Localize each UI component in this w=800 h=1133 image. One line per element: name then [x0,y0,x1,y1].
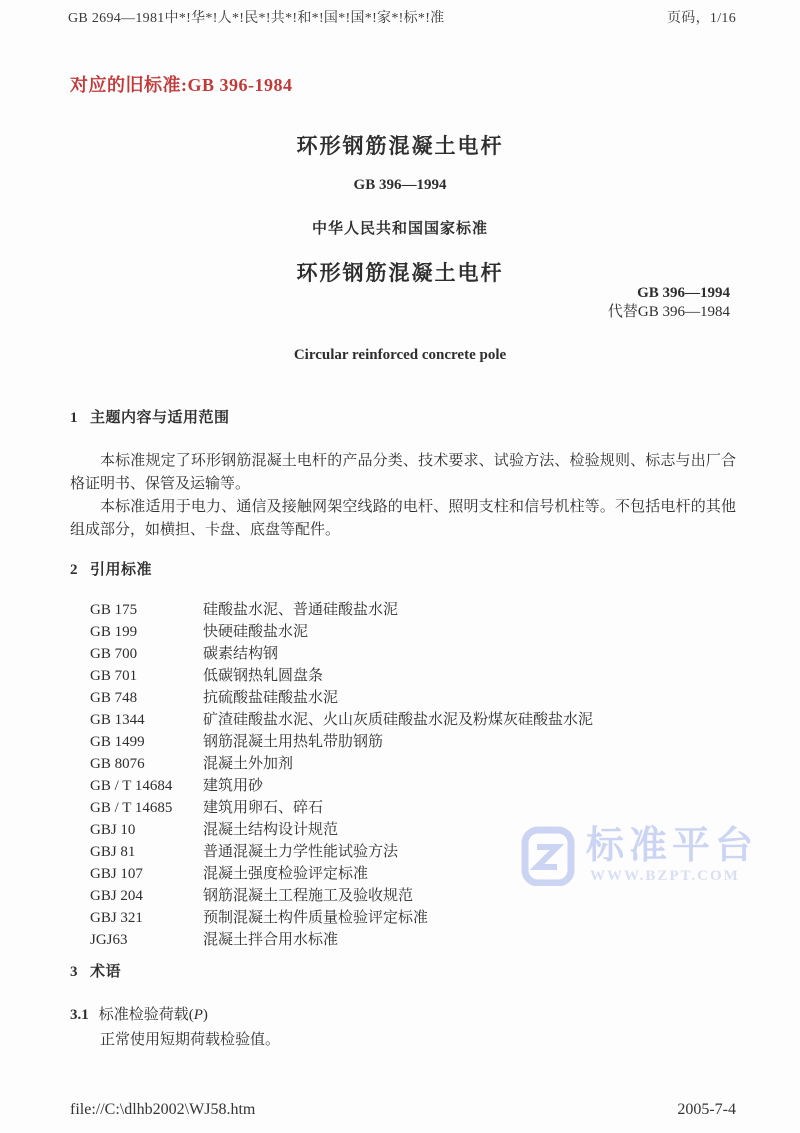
reference-title: 矿渣硅酸盐水泥、火山灰质硅酸盐水泥及粉煤灰硅酸盐水泥 [203,712,593,728]
reference-row: GBJ 107混凝土强度检验评定标准 [90,863,740,885]
reference-row: GB 1499钢筋混凝土用热轧带肋钢筋 [90,731,740,753]
reference-code: GB / T 14685 [90,797,203,819]
reference-title: 低碳钢热轧圆盘条 [203,668,323,684]
header-page-number: 页码，1/16 [667,7,736,27]
reference-title: 建筑用砂 [203,778,263,794]
reference-code: GB 175 [90,599,203,621]
main-title: 环形钢筋混凝土电杆 [0,130,800,160]
section2-number: 2 [70,562,78,578]
reference-title: 混凝土强度检验评定标准 [203,866,368,882]
reference-code: GB 701 [90,665,203,687]
reference-code: GB 1344 [90,709,203,731]
standard-number-right: GB 396—1994 [608,284,730,303]
replaces-note: 代替GB 396—1984 [608,303,730,322]
reference-row: GB 175硅酸盐水泥、普通硅酸盐水泥 [90,599,740,621]
section2-heading: 2引用标准 [70,558,152,579]
reference-title: 混凝土拌合用水标准 [203,932,338,948]
section3-title: 术语 [90,964,121,980]
national-standard-label: 中华人民共和国国家标准 [0,217,800,238]
reference-title: 抗硫酸盐硅酸盐水泥 [203,690,338,706]
section3-heading: 3术语 [70,960,121,981]
reference-code: GB / T 14684 [90,775,203,797]
reference-code: GB 1499 [90,731,203,753]
term-definition: 正常使用短期荷载检验值。 [100,1028,280,1049]
reference-title: 碳素结构钢 [203,646,278,662]
reference-code: GB 700 [90,643,203,665]
reference-title: 钢筋混凝土用热轧带肋钢筋 [203,734,383,750]
reference-code: GBJ 321 [90,907,203,929]
second-title: 环形钢筋混凝土电杆 [0,257,800,287]
reference-code: GB 199 [90,621,203,643]
reference-row: GBJ 81普通混凝土力学性能试验方法 [90,841,740,863]
term-number: 3.1 [70,1007,89,1023]
reference-title: 快硬硅酸盐水泥 [203,624,308,640]
header-standard-string: GB 2694—1981中*!华*!人*!民*!共*!和*!国*!国*!家*!标… [68,7,444,27]
reference-title: 预制混凝土构件质量检验评定标准 [203,910,428,926]
reference-code: GBJ 107 [90,863,203,885]
reference-title: 建筑用卵石、碎石 [203,800,323,816]
section1-number: 1 [70,410,78,426]
page-header: GB 2694—1981中*!华*!人*!民*!共*!和*!国*!国*!家*!标… [68,7,736,27]
reference-row: GBJ 204钢筋混凝土工程施工及验收规范 [90,885,740,907]
reference-row: GB 748抗硫酸盐硅酸盐水泥 [90,687,740,709]
section1-title: 主题内容与适用范围 [90,410,230,426]
reference-code: JGJ63 [90,929,203,951]
reference-code: GBJ 81 [90,841,203,863]
reference-row: GB / T 14685建筑用卵石、碎石 [90,797,740,819]
old-standard-note: 对应的旧标准:GB 396-1984 [70,71,293,97]
reference-code: GBJ 10 [90,819,203,841]
reference-row: GB 700碳素结构钢 [90,643,740,665]
reference-row: GB 1344矿渣硅酸盐水泥、火山灰质硅酸盐水泥及粉煤灰硅酸盐水泥 [90,709,740,731]
reference-title: 混凝土外加剂 [203,756,293,772]
reference-title: 混凝土结构设计规范 [203,822,338,838]
reference-row: JGJ63混凝土拌合用水标准 [90,929,740,951]
section1-paragraph-2: 本标准适用于电力、通信及接触网架空线路的电杆、照明支柱和信号机柱等。不包括电杆的… [70,496,736,542]
reference-title: 硅酸盐水泥、普通硅酸盐水泥 [203,602,398,618]
term-name-prefix: 标准检验荷载( [99,1007,194,1023]
footer-date: 2005-7-4 [677,1101,736,1119]
references-list: GB 175硅酸盐水泥、普通硅酸盐水泥GB 199快硬硅酸盐水泥GB 700碳素… [90,599,740,951]
section1-heading: 1主题内容与适用范围 [70,406,230,427]
page-footer: file://C:\dlhb2002\WJ58.htm 2005-7-4 [70,1101,736,1119]
reference-row: GBJ 321预制混凝土构件质量检验评定标准 [90,907,740,929]
reference-row: GBJ 10混凝土结构设计规范 [90,819,740,841]
reference-row: GB 199快硬硅酸盐水泥 [90,621,740,643]
term-name-suffix: ) [203,1007,208,1023]
english-title: Circular reinforced concrete pole [0,347,800,364]
standard-number-block: GB 396—1994 代替GB 396—1984 [608,284,730,322]
term-3-1: 3.1标准检验荷载(P) [70,1003,208,1024]
reference-title: 普通混凝土力学性能试验方法 [203,844,398,860]
section3-number: 3 [70,964,78,980]
reference-code: GB 748 [90,687,203,709]
reference-row: GB 8076混凝土外加剂 [90,753,740,775]
reference-row: GB 701低碳钢热轧圆盘条 [90,665,740,687]
term-symbol: P [194,1007,203,1023]
footer-file-path: file://C:\dlhb2002\WJ58.htm [70,1101,255,1119]
section2-title: 引用标准 [90,562,152,578]
reference-row: GB / T 14684建筑用砂 [90,775,740,797]
section1-paragraph-1: 本标准规定了环形钢筋混凝土电杆的产品分类、技术要求、试验方法、检验规则、标志与出… [70,450,736,496]
document-page: 标准平台 WWW.BZPT.COM GB 2694—1981中*!华*!人*!民… [0,0,800,1133]
reference-code: GBJ 204 [90,885,203,907]
standard-number: GB 396—1994 [0,177,800,194]
reference-code: GB 8076 [90,753,203,775]
reference-title: 钢筋混凝土工程施工及验收规范 [203,888,413,904]
